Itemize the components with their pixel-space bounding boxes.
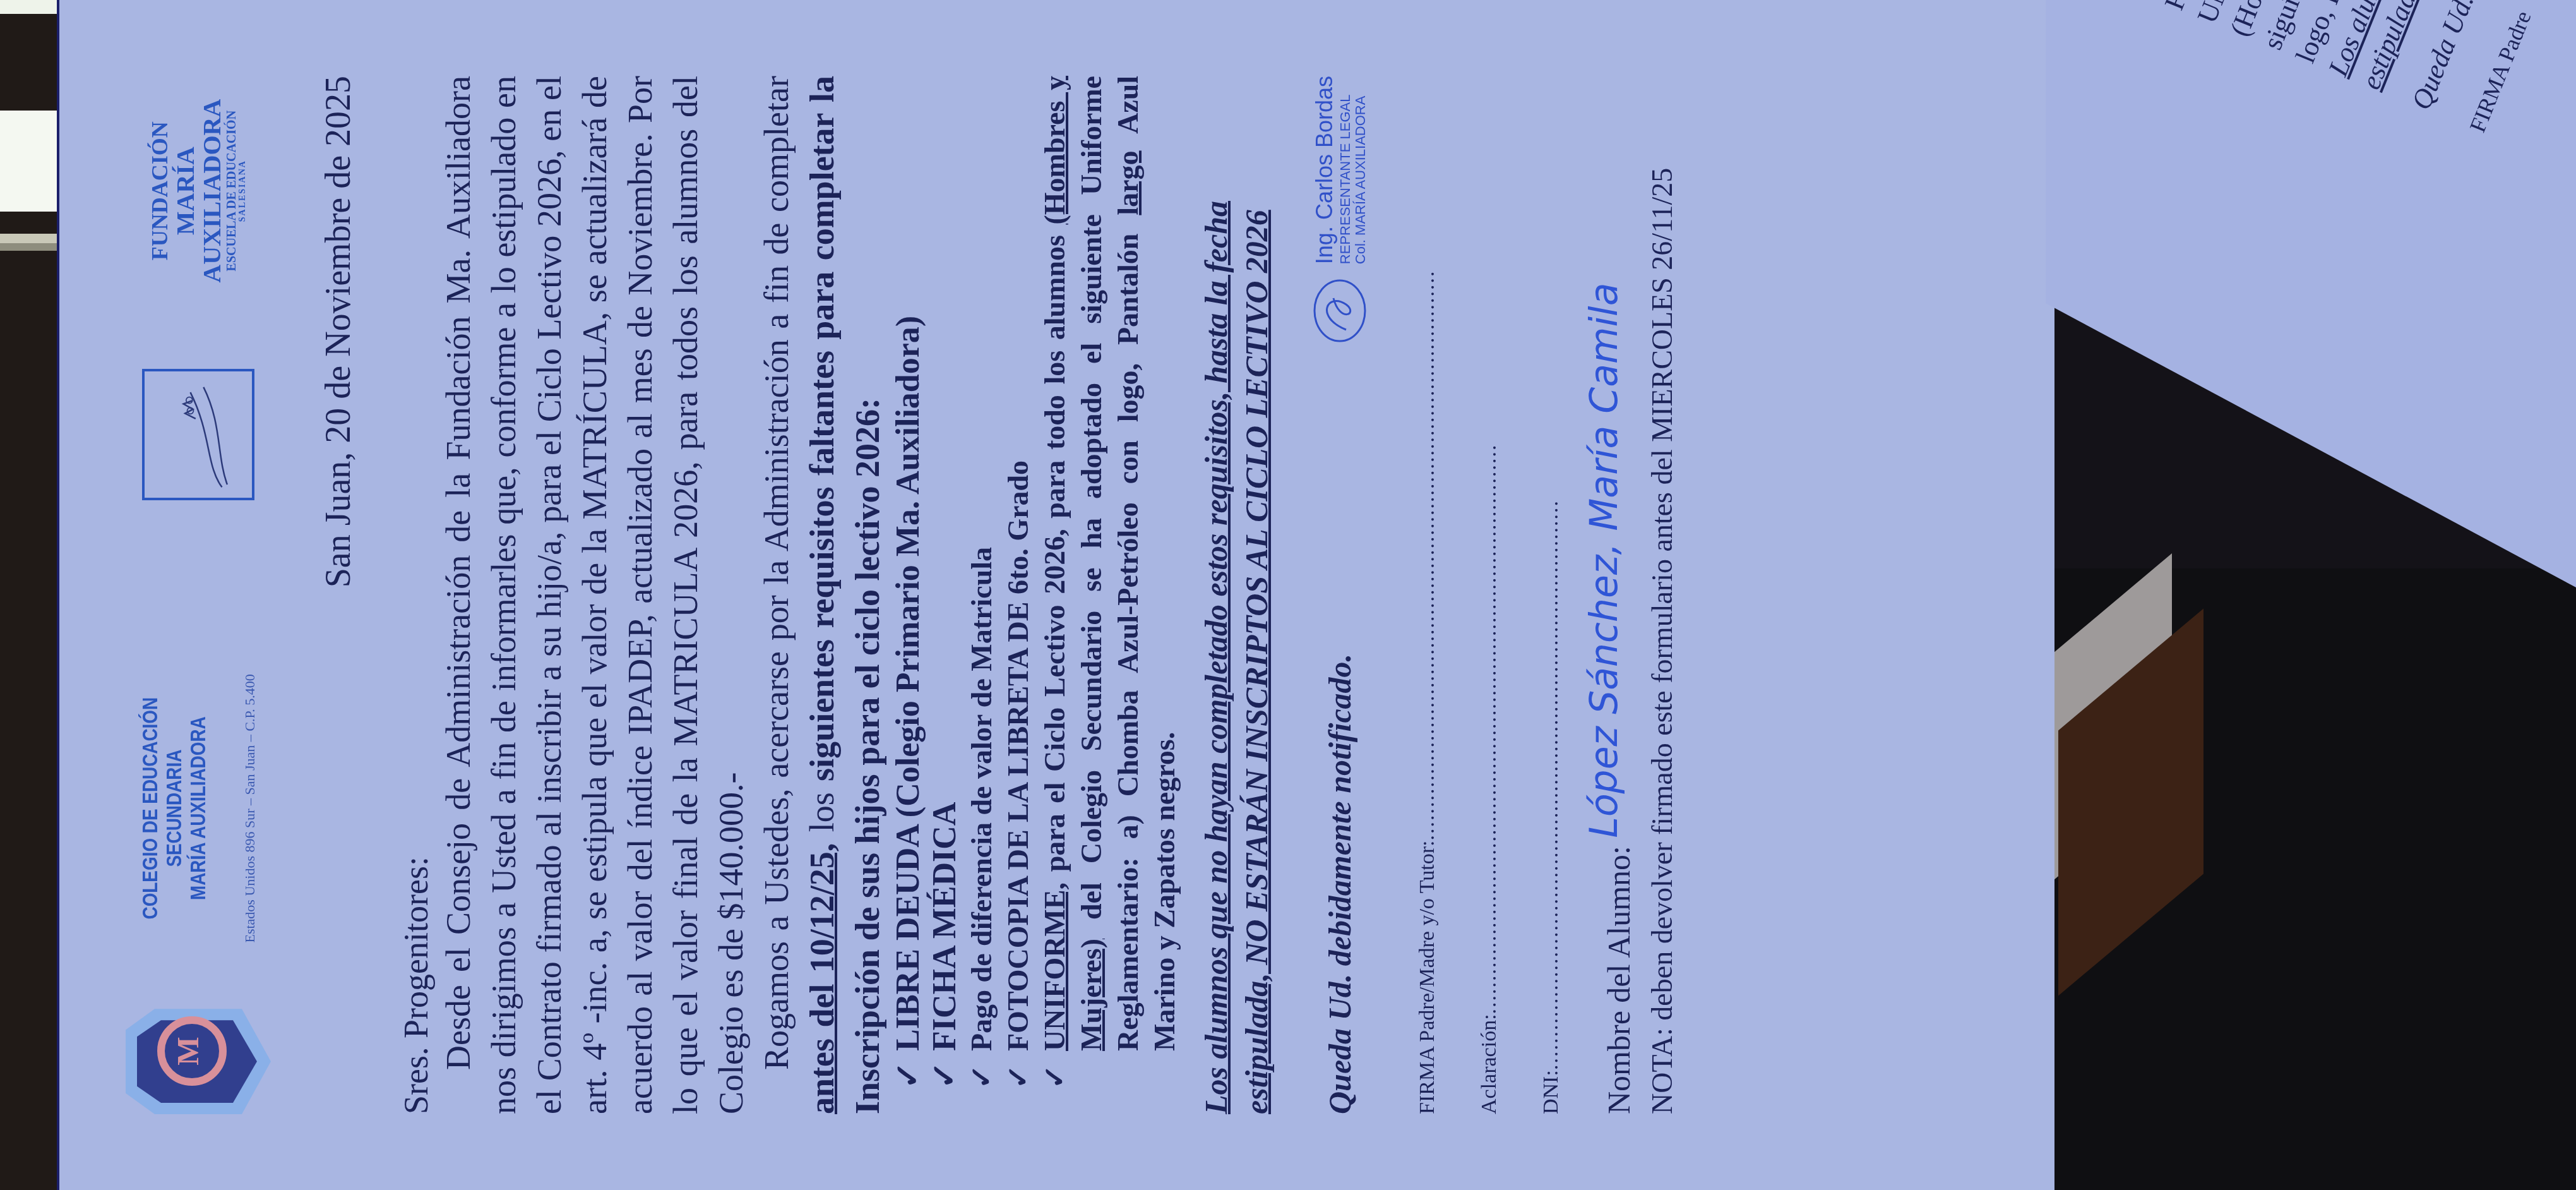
notified-text: Queda Ud. debidamente notificado. [1321, 654, 1358, 1114]
letterhead: M COLEGIO DE EDUCACIÓN SECUNDARIA MARÍA … [104, 76, 293, 1114]
checkmark-icon: ✓ [1000, 1064, 1037, 1089]
clarification-field[interactable]: Aclaración:.............................… [1477, 76, 1501, 1114]
checkmark-icon: ✓ [890, 1061, 927, 1089]
legal-signature-block: Ing. Carlos Bordas REPRESENTANTE LEGAL C… [1302, 76, 1378, 349]
checkmark-icon: ✓ [1037, 1064, 1073, 1089]
dni-field[interactable]: DNI:....................................… [1539, 76, 1563, 1114]
requirement-item: ✓FOTOCOPIA DE LA LIBRETA DE 6to. Grado [1000, 76, 1037, 1089]
student-name-handwritten: López Sánchez, María Camila [1582, 282, 1626, 838]
checkmark-icon: ✓ [927, 1061, 963, 1089]
return-note: NOTA: deben devolver firmado este formul… [1645, 76, 1679, 1114]
deadline: antes del 10/12/25, [803, 843, 841, 1114]
signer-role: REPRESENTANTE LEGAL [1338, 76, 1353, 264]
school-identity: COLEGIO DE EDUCACIÓN SECUNDARIA MARÍA AU… [138, 634, 258, 984]
foundation-identity: FUNDACIÓN MARÍA AUXILIADORA ESCUELA DE E… [148, 76, 247, 306]
second-sheet-text: DEUDA (Co FICHA MÉDICA Pago de diferenci… [2058, 0, 2576, 138]
closing: Queda Ud. debidamente notificado. Ing. C… [1302, 76, 1378, 1114]
requirement-item: ✓FICHA MÉDICA [927, 76, 963, 1089]
student-name-field[interactable]: Nombre del Alumno: López Sánchez, María … [1595, 76, 1639, 1114]
requirement-uniform: ✓ UNIFORME, para el Ciclo Lectivo 2026, … [1037, 76, 1183, 1089]
second-letter-sheet: DEUDA (Co FICHA MÉDICA Pago de diferenci… [2046, 0, 2576, 587]
school-crest-icon: M [126, 1009, 271, 1114]
signer-name: Ing. Carlos Bordas [1311, 76, 1338, 264]
letter-content: M COLEGIO DE EDUCACIÓN SECUNDARIA MARÍA … [59, 0, 2054, 1190]
requirement-item: ✓LIBRE DEUDA (Colegio Primario Ma. Auxil… [890, 76, 927, 1089]
letter-date: San Juan, 20 de Noviembre de 2025 [318, 76, 359, 1114]
paragraph-matricula: Desde el Consejo de Administración de la… [436, 76, 754, 1114]
enrollment-warning: Los alumnos que no hayan completado esto… [1196, 76, 1277, 1114]
school-name: COLEGIO DE EDUCACIÓN SECUNDARIA [138, 664, 186, 952]
requirements-list: ✓LIBRE DEUDA (Colegio Primario Ma. Auxil… [890, 76, 1183, 1114]
letter-greeting: Sres. Progenitores: [397, 76, 436, 1114]
school-address: Estados Unidos 896 Sur – San Juan – C.P.… [242, 634, 258, 984]
letter-sheet: M COLEGIO DE EDUCACIÓN SECUNDARIA MARÍA … [57, 0, 2054, 1190]
parent-signature-field[interactable]: FIRMA Padre/Madre y/o Tutor:............… [1416, 76, 1440, 1114]
checkmark-icon: ✓ [963, 1064, 1000, 1089]
signature-scribble-icon [1302, 273, 1378, 349]
paragraph-requirements: Rogamos a Ustedes, acercarse por la Admi… [754, 76, 890, 1114]
hands-emblem-icon [142, 369, 254, 500]
signer-org: Col. MARÍA AUXILIADORA [1353, 76, 1368, 264]
requirement-item: ✓Pago de diferencia de valor de Matricul… [963, 76, 1000, 1089]
school-name-2: MARÍA AUXILIADORA [186, 664, 210, 952]
